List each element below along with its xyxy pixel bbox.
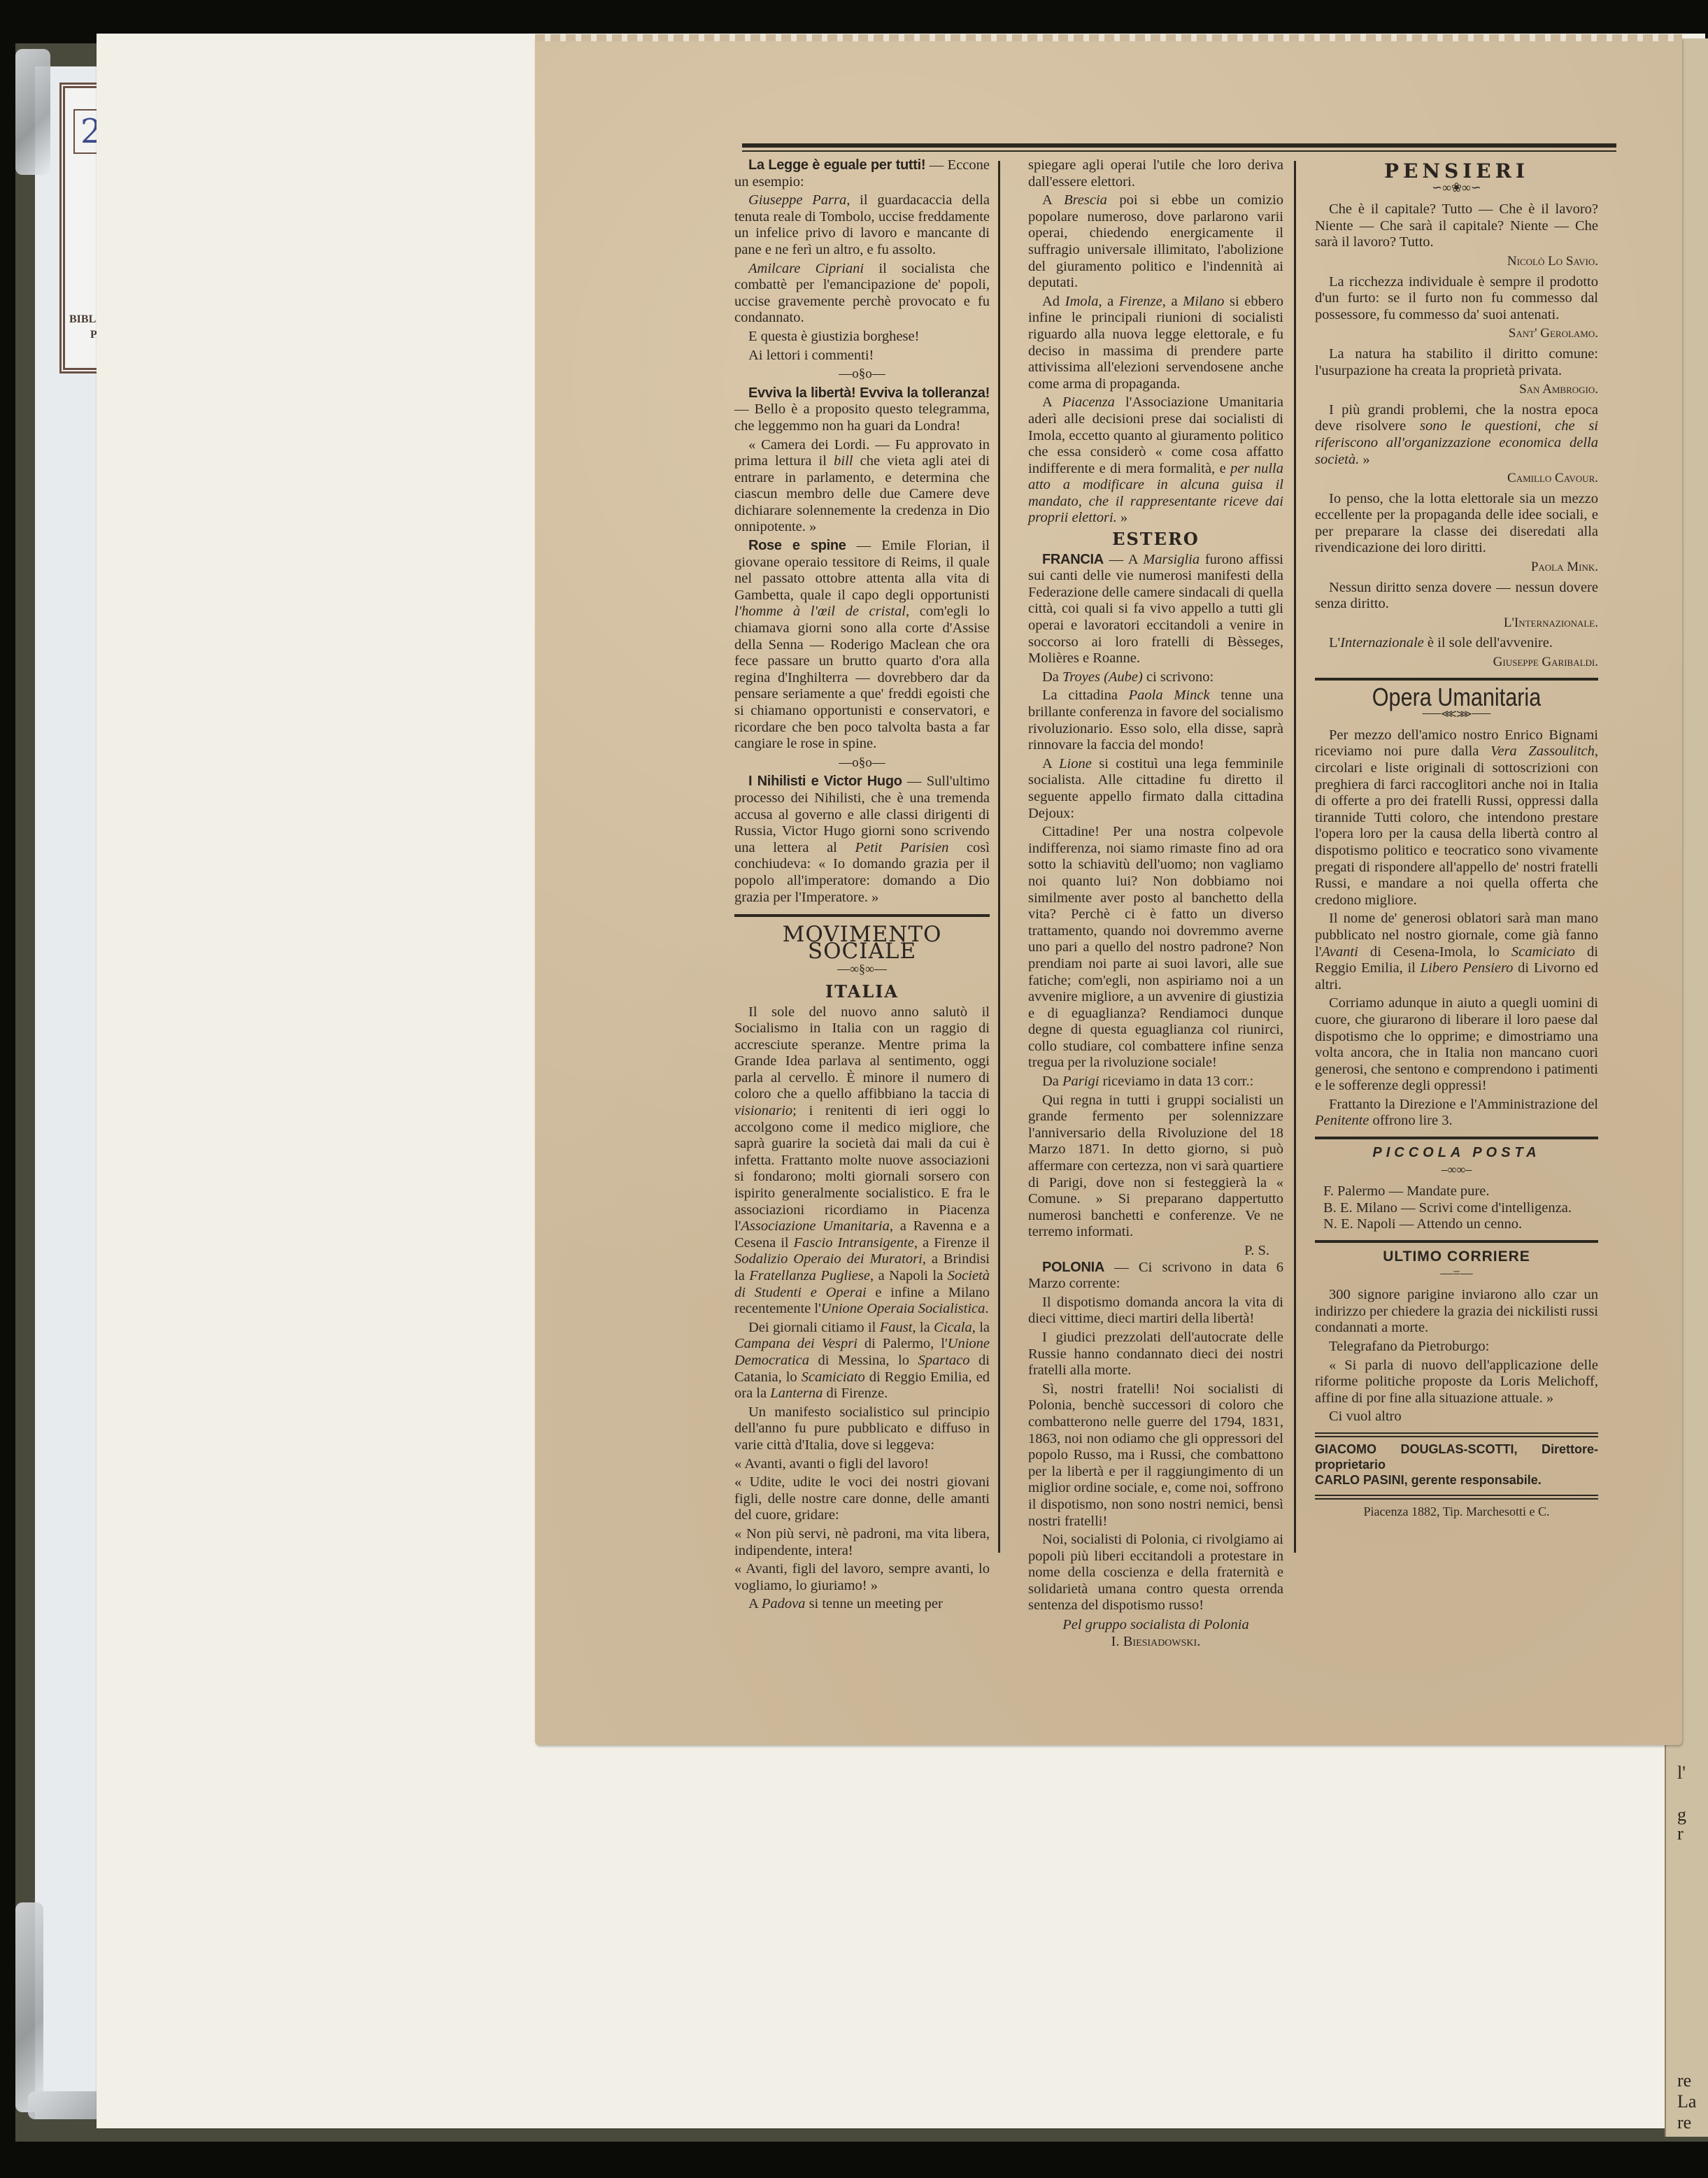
article-rose: Rose e spine — Emile Florian, il giovane… <box>734 538 990 753</box>
column-2: spiegare agli operai l'utile che loro de… <box>1028 157 1283 1650</box>
column-rule-1 <box>998 161 1000 1553</box>
flourish-ornament-icon: ⎯∞∞⎯ <box>1315 1162 1598 1179</box>
polonia-signature-group: Pel gruppo socialista di Polonia <box>1028 1617 1283 1634</box>
metal-corner-top <box>15 49 50 175</box>
quote-author: Sant' Gerolamo. <box>1315 325 1598 342</box>
posta-item: N. E. Napoli — Attendo un cenno. <box>1315 1216 1598 1233</box>
subsection-title-estero: ESTERO <box>1028 531 1283 548</box>
quote-author: Paola Mink. <box>1315 559 1598 576</box>
article-nihilisti: I Nihilisti e Victor Hugo — Sull'ultimo … <box>734 774 990 906</box>
section-separator: —o§o— <box>734 755 990 771</box>
divider <box>1315 678 1598 681</box>
quote-author: Giuseppe Garibaldi. <box>1315 654 1598 671</box>
double-divider <box>1315 1432 1598 1437</box>
dash-ornament: —=— <box>1315 1265 1598 1282</box>
section-title-piccola-posta: PICCOLA POSTA <box>1315 1145 1598 1162</box>
column-rule-2 <box>1294 161 1296 1553</box>
quote-author: San Ambrogio. <box>1315 381 1598 398</box>
column-1: La Legge è eguale per tutti! — Eccone un… <box>734 157 990 1615</box>
article-evviva: Evviva la libertà! Evviva la tolleranza!… <box>734 385 990 435</box>
article-polonia: POLONIA — Ci scrivono in data 6 Marzo co… <box>1028 1260 1283 1293</box>
section-title-opera: Opera Umanitaria <box>1336 689 1577 706</box>
newspaper-page: La Legge è eguale per tutti! — Eccone un… <box>535 38 1682 1745</box>
posta-item: F. Palermo — Mandate pure. <box>1315 1183 1598 1200</box>
piccola-posta-list: F. Palermo — Mandate pure. B. E. Milano … <box>1315 1183 1598 1233</box>
flourish-ornament-icon: ⎯⎯∞§∞⎯⎯ <box>734 961 990 978</box>
signature-ps: P. S. <box>1028 1243 1283 1260</box>
flourish-ornament-icon: ∽∞❀∞∽ <box>1315 180 1598 197</box>
quote-author: L'Internazionale. <box>1315 615 1598 632</box>
column-3: PENSIERI ∽∞❀∞∽ Che è il capitale? Tutto … <box>1315 157 1598 1521</box>
polonia-signature-name: I. Biesiadowski. <box>1028 1634 1283 1651</box>
section-title-movimento: MOVIMENTO SOCIALE <box>734 927 990 960</box>
quote-author: Nicolò Lo Savio. <box>1315 253 1598 270</box>
double-divider <box>1315 1495 1598 1500</box>
divider <box>1315 1137 1598 1139</box>
imprint-block: GIACOMO DOUGLAS-SCOTTI, Direttore-propri… <box>1315 1442 1598 1488</box>
article-francia: FRANCIA — A Marsiglia furono affissi sui… <box>1028 552 1283 667</box>
posta-item: B. E. Milano — Scrivi come d'intelligenz… <box>1315 1200 1598 1217</box>
printer-footer: Piacenza 1882, Tip. Marchesotti e C. <box>1315 1504 1598 1521</box>
section-separator: —o§o— <box>734 366 990 383</box>
article-legge: La Legge è eguale per tutti! — Eccone un… <box>734 157 990 190</box>
subsection-title-italia: ITALIA <box>734 983 990 1000</box>
article-italia: Il sole del nuovo anno salutò il Sociali… <box>734 1004 990 1318</box>
quote-author: Camillo Cavour. <box>1315 470 1598 487</box>
header-rule <box>742 143 1616 148</box>
divider <box>1315 1240 1598 1243</box>
section-title-ultimo-corriere: ULTIMO CORRIERE <box>1315 1248 1598 1265</box>
divider <box>734 914 990 917</box>
section-title-pensieri: PENSIERI <box>1315 163 1598 180</box>
metal-corner-bottom <box>15 1902 43 2112</box>
